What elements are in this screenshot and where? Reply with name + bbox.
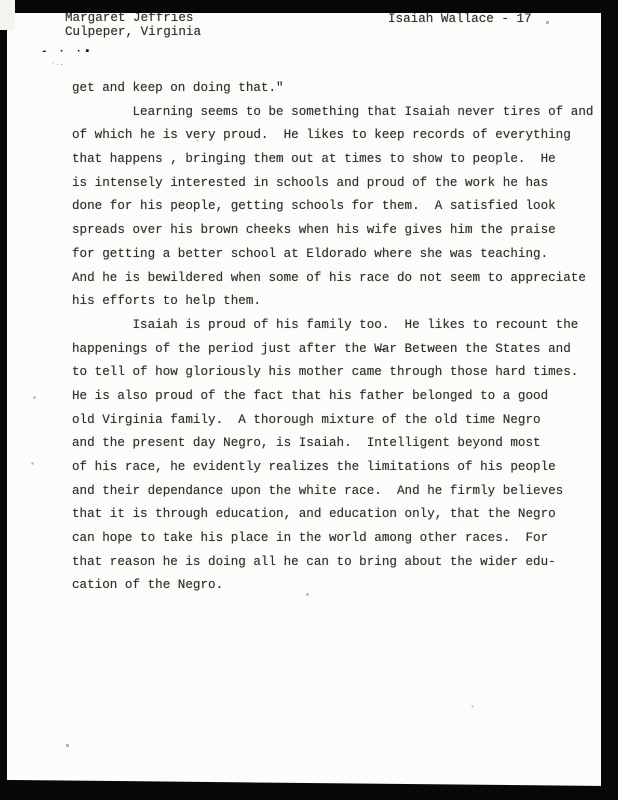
text-line: Isaiah is proud of his family too. He li… [72,314,597,338]
text-line: spreads over his brown cheeks when his w… [72,219,597,243]
text-line: get and keep on doing that." [72,77,597,101]
scan-edge-right [601,0,618,800]
text-line: and the present day Negro, is Isaiah. In… [72,432,597,456]
margin-marks: - · ·▪ [41,46,93,58]
author-location: Culpeper, Virginia [65,25,201,39]
text-line: for getting a better school at Eldorado … [72,243,597,267]
text-line: of which he is very proud. He likes to k… [72,124,597,148]
text-line: to tell of how gloriously his mother cam… [72,361,597,385]
body-text: get and keep on doing that." Learning se… [72,77,597,598]
paper: --- -- ---- -- -------. Margaret Jeffrie… [7,0,601,800]
text-line: is intensely interested in schools and p… [72,172,597,196]
author-name: Margaret Jeffries [65,11,193,25]
margin-marks-faint: ·.. [51,60,64,68]
text-line: that it is through education, and educat… [72,503,597,527]
text-line: cation of the Negro. [72,574,597,598]
page-title: Isaiah Wallace - 17 [388,12,532,26]
scan-edge-left [0,30,7,782]
scan-edge-top [15,0,618,13]
text-line: old Virginia family. A thorough mixture … [72,409,597,433]
scan-corner-notch [0,0,15,30]
document-scan: --- -- ---- -- -------. Margaret Jeffrie… [0,0,618,800]
text-line: And he is bewildered when some of his ra… [72,267,597,291]
text-line: that reason he is doing all he can to br… [72,551,597,575]
text-line: happenings of the period just after the … [72,338,597,362]
text-line: of his race, he evidently realizes the l… [72,456,597,480]
text-line: done for his people, getting schools for… [72,195,597,219]
text-line: He is also proud of the fact that his fa… [72,385,597,409]
text-line: Learning seems to be something that Isai… [72,101,597,125]
text-line: his efforts to help them. [72,290,597,314]
text-line: can hope to take his place in the world … [72,527,597,551]
text-line: and their dependance upon the white race… [72,480,597,504]
text-line: that happens , bringing them out at time… [72,148,597,172]
